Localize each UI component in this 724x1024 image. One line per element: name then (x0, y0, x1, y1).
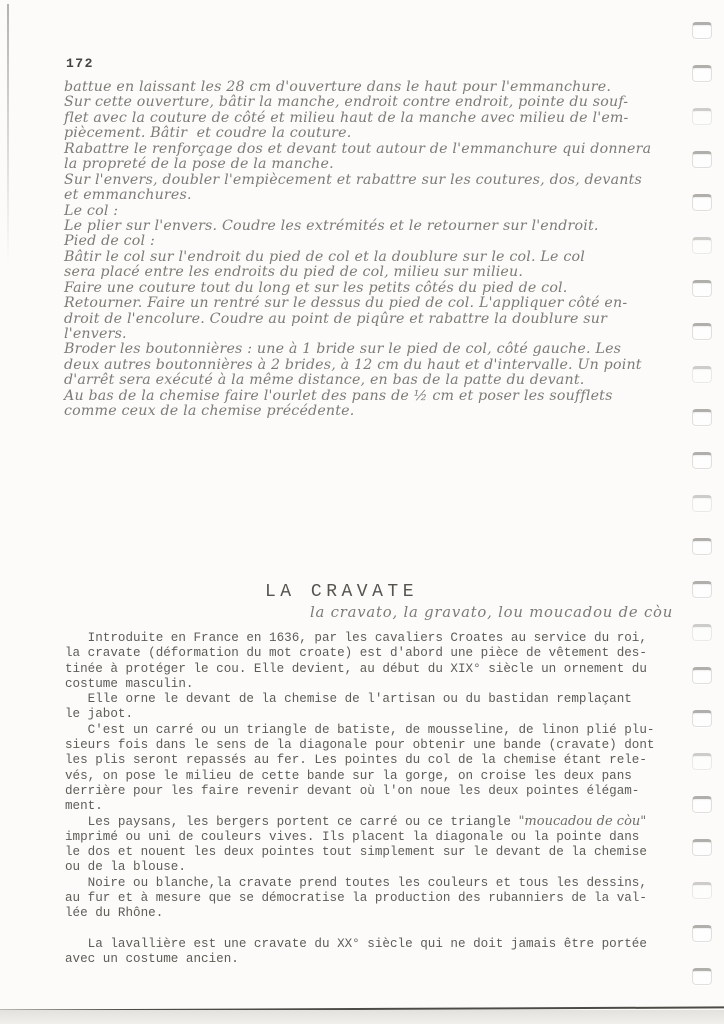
binding-hole (692, 925, 712, 942)
handwritten-line: l'envers. (64, 327, 651, 342)
binding-hole (692, 581, 712, 598)
typewritten-line: Les paysans, les bergers portent ce carr… (65, 814, 654, 829)
section-subtitle: la cravato, la gravato, lou moucadou de … (310, 604, 673, 621)
handwritten-line: comme ceux de la chemise précédente. (64, 404, 651, 419)
typewritten-line: lée du Rhône. (65, 905, 654, 920)
binding-hole (692, 753, 712, 770)
typewritten-line: le dos et nouent les deux pointes tout s… (65, 844, 654, 859)
handwritten-line: Bâtir le col sur l'endroit du pied de co… (64, 250, 651, 265)
binding-hole (692, 452, 712, 469)
typewritten-line-text: Les paysans, les bergers portent ce carr… (65, 815, 518, 829)
typewritten-line: vés, on pose le milieu de cette bande su… (65, 768, 654, 783)
binding-hole (692, 710, 712, 727)
typewritten-line: Noire ou blanche,la cravate prend toutes… (65, 875, 654, 890)
typewritten-line: la cravate (déformation du mot croate) e… (65, 645, 654, 660)
binding-hole (692, 538, 712, 555)
typewritten-line: les plis seront repassés au fer. Les poi… (65, 752, 654, 767)
scan-background (0, 1010, 724, 1024)
typewritten-line: ou de la blouse. (65, 859, 654, 874)
binding-hole (692, 495, 712, 512)
handwritten-line: Broder les boutonnières : une à 1 bride … (64, 342, 651, 357)
typewritten-line: le jabot. (65, 706, 654, 721)
handwritten-line: flet avec la couture de côté et milieu h… (64, 111, 651, 126)
typewritten-line-text: tinée à protéger le cou. Elle devient, a… (65, 662, 647, 676)
typewritten-line: La lavallière est une cravate du XX° siè… (65, 936, 654, 951)
handwritten-line: Le plier sur l'envers. Coudre les extrém… (64, 219, 651, 234)
typewritten-line-text: Introduite en France en 1636, par les ca… (65, 631, 647, 645)
binding-hole (692, 366, 712, 383)
typewritten-line-text: La lavallière est une cravate du XX° siè… (65, 937, 647, 951)
typewritten-line-text: avec un costume ancien. (65, 952, 239, 966)
typewritten-line-text: imprimé ou uni de couleurs vives. Ils pl… (65, 830, 639, 844)
handwritten-text-block: battue en laissant les 28 cm d'ouverture… (64, 80, 651, 420)
handwritten-line: Faire une couture tout du long et sur le… (64, 281, 651, 296)
typewritten-line: costume masculin. (65, 676, 654, 691)
binding-hole (692, 280, 712, 297)
handwritten-line: Au bas de la chemise faire l'ourlet des … (64, 389, 651, 404)
typewritten-line: imprimé ou uni de couleurs vives. Ils pl… (65, 829, 654, 844)
binding-hole (692, 796, 712, 813)
section-title: LA CRAVATE (265, 582, 418, 602)
binding-hole (692, 151, 712, 168)
binding-hole (692, 194, 712, 211)
handwritten-line: et emmanchures. (64, 188, 651, 203)
handwritten-line: Rabattre le renforçage dos et devant tou… (64, 142, 651, 157)
typewritten-line-text: ou de la blouse. (65, 860, 186, 874)
handwritten-line: Sur l'envers, doubler l'empiècement et r… (64, 173, 651, 188)
binding-hole (692, 882, 712, 899)
handwritten-line: la propreté de la pose de la manche. (64, 157, 651, 172)
page-left-crease (7, 4, 9, 264)
handwritten-line: piècement. Bâtir et coudre la couture. (64, 126, 651, 141)
typewritten-line-text: vés, on pose le milieu de cette bande su… (65, 769, 632, 783)
typewritten-line-text: au fur et à mesure que se démocratise la… (65, 891, 647, 905)
typewritten-line-text: la cravate (déformation du mot croate) e… (65, 646, 647, 660)
handwritten-line: deux autres boutonnières à 2 brides, à 1… (64, 358, 651, 373)
typewritten-line-text: costume masculin. (65, 677, 193, 691)
scanned-document-page: 172 battue en laissant les 28 cm d'ouver… (0, 0, 724, 1024)
binding-hole (692, 624, 712, 641)
typewritten-line-text: sieurs fois dans le sens de la diagonale… (65, 738, 654, 752)
handwritten-line: droit de l'encolure. Coudre au point de … (64, 312, 651, 327)
typewritten-line: ment. (65, 798, 654, 813)
binding-hole (692, 22, 712, 39)
page-number: 172 (66, 56, 94, 71)
binding-hole (692, 409, 712, 426)
typewritten-line-text: C'est un carré ou un triangle de batiste… (65, 723, 654, 737)
typewritten-line-text: le jabot. (65, 707, 133, 721)
typewritten-line: C'est un carré ou un triangle de batiste… (65, 722, 654, 737)
typewritten-line-text: lée du Rhône. (65, 906, 163, 920)
occitan-phrase: "moucadou de còu" (518, 814, 646, 829)
typewritten-line-text: le dos et nouent les deux pointes tout s… (65, 845, 647, 859)
typewritten-line: Introduite en France en 1636, par les ca… (65, 630, 654, 645)
typewritten-text-block: Introduite en France en 1636, par les ca… (65, 630, 654, 967)
binding-hole (692, 65, 712, 82)
handwritten-line: Pied de col : (64, 234, 651, 249)
typewritten-line-text: ment. (65, 799, 103, 813)
handwritten-line: Retourner. Faire un rentré sur le dessus… (64, 296, 651, 311)
binding-hole (692, 108, 712, 125)
handwritten-line: battue en laissant les 28 cm d'ouverture… (64, 80, 651, 95)
typewritten-line-text: Noire ou blanche,la cravate prend toutes… (65, 876, 647, 890)
typewritten-line-text: les plis seront repassés au fer. Les poi… (65, 753, 647, 767)
binding-hole (692, 968, 712, 985)
handwritten-line: d'arrêt sera exécuté à la même distance,… (64, 373, 651, 388)
handwritten-line: sera placé entre les endroits du pied de… (64, 265, 651, 280)
handwritten-line: Le col : (64, 204, 651, 219)
typewritten-line: derrière pour les faire revenir devant o… (65, 783, 654, 798)
typewritten-line: avec un costume ancien. (65, 951, 654, 966)
typewritten-line: au fur et à mesure que se démocratise la… (65, 890, 654, 905)
typewritten-line-text: derrière pour les faire revenir devant o… (65, 784, 639, 798)
typewritten-line (65, 921, 654, 936)
binding-hole (692, 839, 712, 856)
binding-hole (692, 323, 712, 340)
handwritten-line: Sur cette ouverture, bâtir la manche, en… (64, 95, 651, 110)
binding-hole (692, 237, 712, 254)
binding-hole (692, 667, 712, 684)
typewritten-line: Elle orne le devant de la chemise de l'a… (65, 691, 654, 706)
typewritten-line: tinée à protéger le cou. Elle devient, a… (65, 661, 654, 676)
typewritten-line-text: Elle orne le devant de la chemise de l'a… (65, 692, 632, 706)
typewritten-line: sieurs fois dans le sens de la diagonale… (65, 737, 654, 752)
